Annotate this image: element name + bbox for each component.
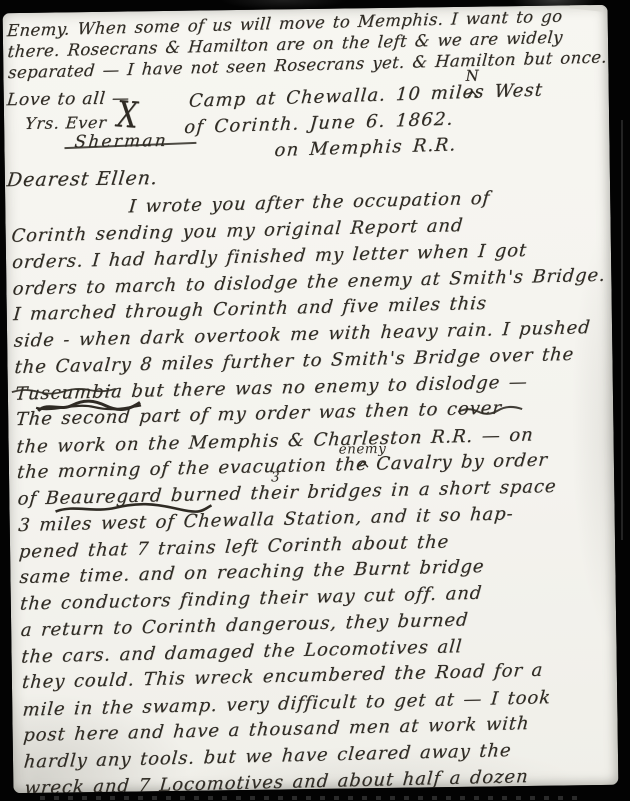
- scan-edge-streak: [621, 120, 623, 540]
- insert-caret-icon: [357, 460, 369, 468]
- scanned-letter-screenshot: { "document": { "kind": "handwritten let…: [0, 0, 630, 801]
- signoff-yours-line: Yrs. Ever: [24, 113, 107, 133]
- letter-body: I wrote you after the occupation ofCorin…: [9, 183, 616, 793]
- inserted-numeral-three: 3: [271, 469, 280, 485]
- letter-page: Enemy. When some of us will move to Memp…: [3, 5, 619, 793]
- closing-lines-block: Enemy. When some of us will move to Memp…: [6, 5, 607, 83]
- dateline-place-date: of Corinth. June 6. 1862.: [183, 109, 454, 139]
- dateline-railroad: on Memphis R.R.: [274, 134, 458, 161]
- signoff-love-line: Love to all —: [6, 88, 131, 110]
- x-mark: X: [116, 93, 138, 137]
- inserted-word-enemy: enemy: [339, 441, 387, 458]
- direction-insert: N: [465, 67, 478, 85]
- dateline-camp: Camp at Chewalla. 10 miles West: [188, 80, 544, 112]
- salutation: Dearest Ellen.: [6, 167, 159, 191]
- scan-edge-noise: [40, 796, 580, 800]
- signature: Sherman: [74, 131, 169, 152]
- insert-caret-icon: [467, 91, 479, 99]
